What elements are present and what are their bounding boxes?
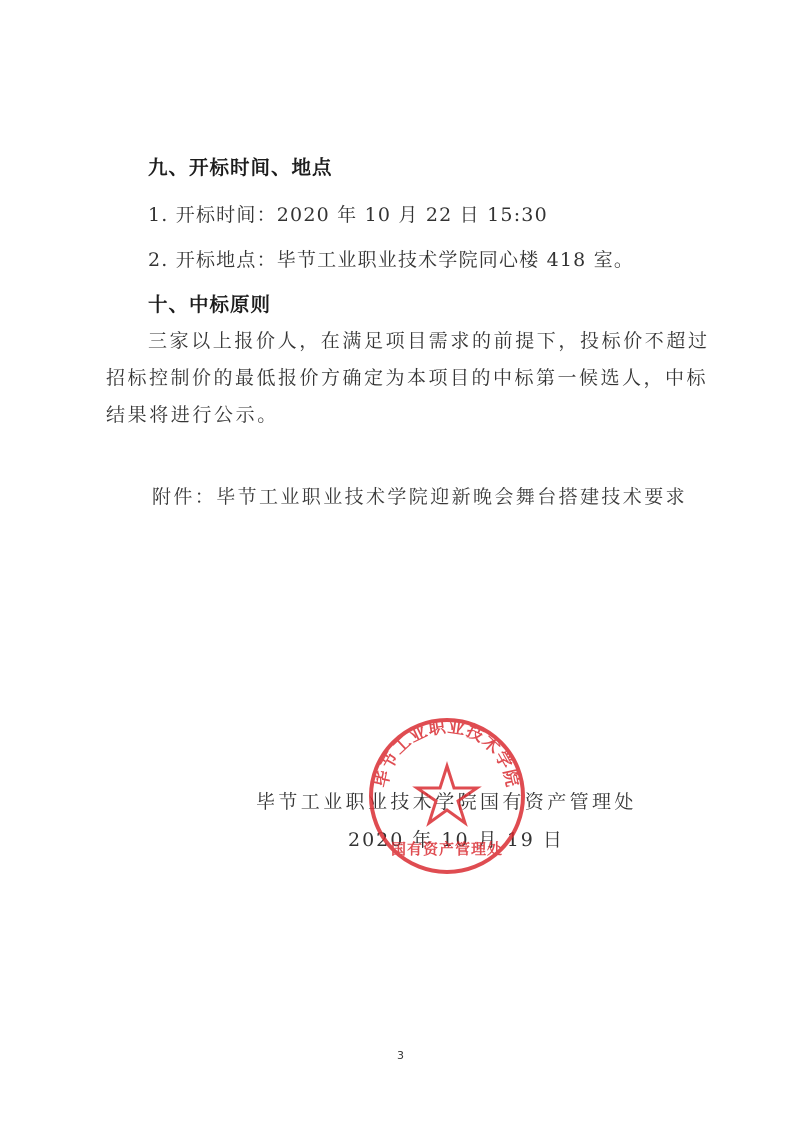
- section-10-heading: 十、中标原则: [148, 289, 271, 317]
- award-principle-line-2: 招标控制价的最低报价方确定为本项目的中标第一候选人，中标: [106, 363, 708, 390]
- svg-text:毕节工业职业技术学院: 毕节工业职业技术学院: [371, 717, 523, 789]
- award-principle-line-1: 三家以上报价人，在满足项目需求的前提下，投标价不超过: [148, 326, 710, 353]
- star-icon: [417, 766, 477, 823]
- section-9-heading: 九、开标时间、地点: [148, 152, 333, 180]
- official-seal-stamp: 毕节工业职业技术学院 国有资产管理处: [367, 716, 527, 876]
- stamp-inner-text: 国有资产管理处: [391, 840, 503, 858]
- bid-opening-location: 2. 开标地点：毕节工业职业技术学院同心楼 418 室。: [148, 245, 634, 272]
- stamp-outer-text: 毕节工业职业技术学院: [371, 717, 523, 789]
- award-principle-line-3: 结果将进行公示。: [106, 400, 279, 427]
- attachment-note: 附件：毕节工业职业技术学院迎新晚会舞台搭建技术要求: [152, 482, 687, 509]
- bid-opening-time: 1. 开标时间：2020 年 10 月 22 日 15:30: [148, 200, 548, 227]
- page-number: 3: [397, 1049, 404, 1062]
